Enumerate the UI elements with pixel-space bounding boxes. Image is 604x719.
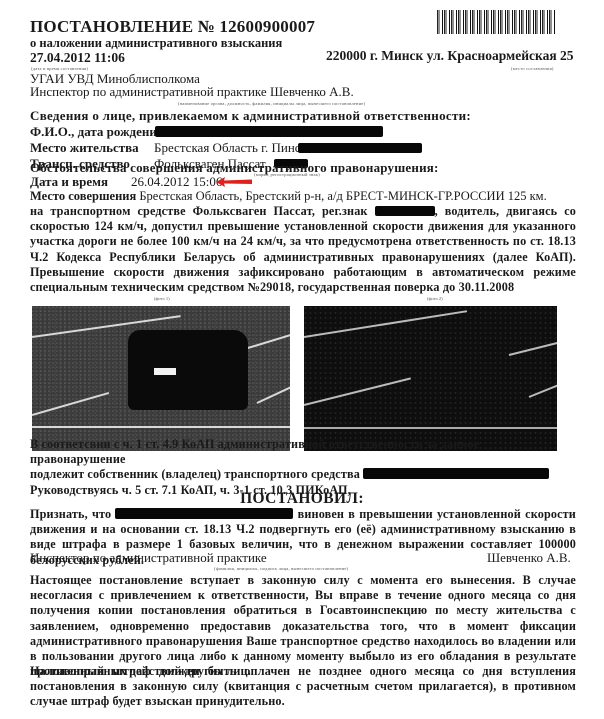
offense-datetime-label: Дата и время	[30, 174, 108, 190]
redacted-offender	[115, 508, 293, 519]
offense-place-label: Место совершения	[30, 189, 136, 203]
verdict-text-start: Признать, что	[30, 507, 115, 521]
issue-datetime: 27.04.2012 11:06	[30, 50, 125, 66]
inspector: Инспектор по административной практике Ш…	[30, 84, 354, 100]
legal-line-2-text: подлежит собственник (владелец) транспор…	[30, 467, 360, 481]
camera-photo-1	[32, 306, 290, 451]
document-subtitle: о наложении административного взыскания	[30, 36, 282, 51]
residence-value: Брестская Область г. Пинск	[154, 140, 307, 156]
legal-line-1: В соответсвии с ч. 1 ст. 4.9 КоАП админи…	[30, 437, 576, 467]
issue-address-caption: (место составления)	[511, 66, 554, 71]
redacted-plate-inline	[375, 206, 435, 216]
document-title: ПОСТАНОВЛЕНИЕ № 12600900007	[30, 17, 315, 37]
decision-heading: ПОСТАНОВИЛ:	[0, 490, 604, 508]
redacted-owner	[363, 468, 549, 479]
red-arrow-icon	[216, 177, 252, 187]
legal-basis: В соответсвии с ч. 1 ст. 4.9 КоАП админи…	[30, 437, 576, 498]
camera-photo-2	[304, 306, 557, 451]
person-heading: Сведения о лице, привлекаемом к админист…	[30, 108, 471, 124]
residence-label: Место жительства	[30, 140, 139, 156]
signer-name: Шевченко А.В.	[487, 550, 571, 566]
signer-caption: (фамилия, инициалы, подпись лица, вынесш…	[214, 566, 348, 571]
photo-1-caption: (фото 1)	[154, 296, 170, 301]
barcode-icon	[437, 10, 556, 34]
fio-label: Ф.И.О., дата рождения	[30, 124, 164, 140]
legal-line-2: подлежит собственник (владелец) транспор…	[30, 467, 576, 482]
offense-place: Место совершения Брестская Область, Брес…	[30, 189, 547, 204]
fine-payment-notice: Наложенный штраф должен быть оплачен не …	[30, 664, 576, 710]
inspector-caption: (наименование органа, должность, фамилия…	[178, 101, 365, 106]
issue-address: 220000 г. Минск ул. Красноармейская 25	[326, 48, 574, 64]
redacted-fio	[155, 126, 383, 137]
violation-text-start: на транспортном средстве Фольксваген Пас…	[30, 204, 375, 218]
signer-position: Инспектор по административной практике	[30, 550, 267, 566]
redacted-address	[298, 143, 422, 153]
offense-place-value: Брестская Область, Брестский р-н, а/д БР…	[139, 189, 546, 203]
violation-description: на транспортном средстве Фольксваген Пас…	[30, 204, 576, 295]
offense-datetime-value: 26.04.2012 15:06	[131, 174, 222, 190]
photo-2-caption: (фото 2)	[427, 296, 443, 301]
